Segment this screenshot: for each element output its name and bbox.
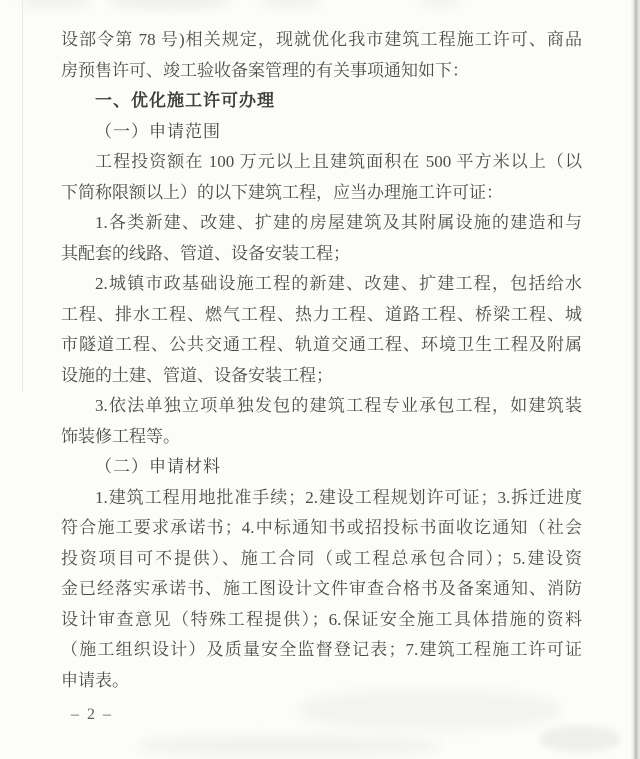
document-line: 投资项目可不提供）、施工合同（或工程总承包合同）；5.建设资: [61, 544, 582, 575]
scan-smudge: [140, 735, 440, 757]
document-line: 下简称限额以上）的以下建筑工程，应当办理施工许可证：: [61, 178, 582, 209]
subsection-1-2: （二）申请材料: [61, 452, 582, 483]
scan-smudge: [110, 0, 230, 8]
document-line: 3.依法单独立项单独发包的建筑工程专业承包工程，如建筑装: [61, 391, 582, 422]
subsection-heading: （二）申请材料: [61, 452, 582, 483]
scan-smudge: [260, 0, 320, 7]
document-line: （施工组织设计）及质量安全监督登记表；7.建筑工程施工许可证: [61, 635, 582, 666]
document-line: 2.城镇市政基础设施工程的新建、改建、扩建工程，包括给水: [61, 269, 582, 300]
document-line: 工程投资额在 100 万元以上且建筑面积在 500 平方米以上（以: [61, 147, 582, 178]
list-item-1: 1.各类新建、改建、扩建的房屋建筑及其附属设施的建造和与 其配套的线路、管道、设…: [61, 208, 582, 269]
document-page: 设部令第 78 号)相关规定，现就优化我市建筑工程施工许可、商品 房预售许可、竣…: [0, 0, 640, 759]
scan-smudge: [420, 0, 460, 6]
scan-watermark-remnant: [540, 726, 620, 752]
document-line: 设施的土建、管道、设备安装工程；: [61, 361, 582, 392]
document-line: 金已经落实承诺书、施工图设计文件审查合格书及备案通知、消防: [61, 574, 582, 605]
document-line: 1.建筑工程用地批准手续；2.建设工程规划许可证；3.拆迁进度: [61, 483, 582, 514]
document-line: 设部令第 78 号)相关规定，现就优化我市建筑工程施工许可、商品: [61, 25, 582, 56]
paragraph-continuation: 设部令第 78 号)相关规定，现就优化我市建筑工程施工许可、商品 房预售许可、竣…: [61, 25, 582, 86]
scan-fold-line: [22, 0, 23, 392]
list-item-2: 2.城镇市政基础设施工程的新建、改建、扩建工程，包括给水 工程、排水工程、燃气工…: [61, 269, 582, 391]
document-line: 房预售许可、竣工验收备案管理的有关事项通知如下：: [61, 56, 582, 87]
subsection-heading: （一）申请范围: [61, 117, 582, 148]
document-line: 申请表。: [61, 666, 582, 697]
scan-edge-shadow: [630, 0, 640, 759]
document-line: 1.各类新建、改建、扩建的房屋建筑及其附属设施的建造和与: [61, 208, 582, 239]
document-line: 设计审查意见（特殊工程提供）；6.保证安全施工具体措施的资料: [61, 605, 582, 636]
paragraph-scope: 工程投资额在 100 万元以上且建筑面积在 500 平方米以上（以 下简称限额以…: [61, 147, 582, 208]
scan-smudge: [300, 690, 560, 730]
subsection-1-1: （一）申请范围: [61, 117, 582, 148]
list-item-3: 3.依法单独立项单独发包的建筑工程专业承包工程，如建筑装 饰装修工程等。: [61, 391, 582, 452]
document-line: 工程、排水工程、燃气工程、热力工程、道路工程、桥梁工程、城: [61, 300, 582, 331]
document-line: 符合施工要求承诺书；4.中标通知书或招投标书面收讫通知（社会: [61, 513, 582, 544]
document-line: 其配套的线路、管道、设备安装工程；: [61, 239, 582, 270]
paragraph-materials: 1.建筑工程用地批准手续；2.建设工程规划许可证；3.拆迁进度 符合施工要求承诺…: [61, 483, 582, 697]
text-block: 设部令第 78 号)相关规定，现就优化我市建筑工程施工许可、商品 房预售许可、竣…: [61, 25, 582, 696]
document-line: 饰装修工程等。: [61, 422, 582, 453]
document-line: 市隧道工程、公共交通工程、轨道交通工程、环境卫生工程及附属: [61, 330, 582, 361]
page-number: – 2 –: [71, 706, 113, 724]
section-1: 一、优化施工许可办理: [61, 86, 582, 117]
scan-smudge: [20, 0, 90, 8]
section-heading: 一、优化施工许可办理: [61, 86, 582, 117]
